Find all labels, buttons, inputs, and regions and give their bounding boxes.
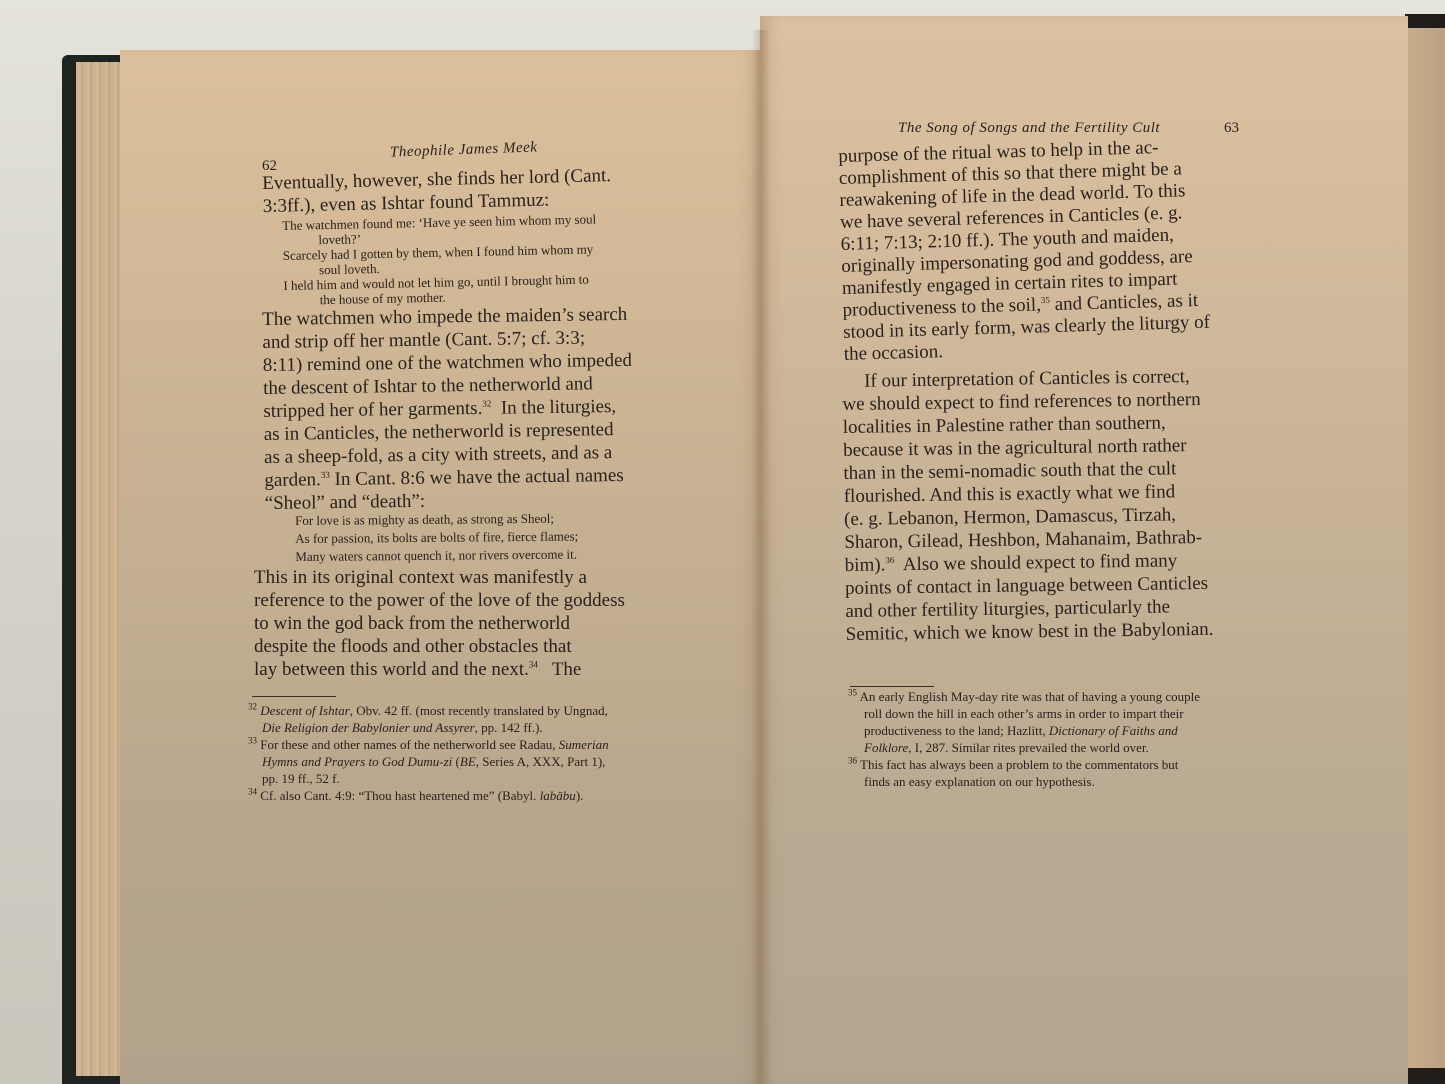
text-span: and Canticles, as it: [1050, 290, 1199, 315]
footnote-number: 34: [248, 787, 257, 797]
footnote-36-cont: finds an easy explanation on our hypothe…: [848, 773, 1200, 790]
left-quote-1: The watchmen found me: ‘Have ye seen him…: [282, 211, 598, 308]
text-span: ).: [576, 788, 584, 803]
footnote-36: 36 This fact has always been a problem t…: [848, 756, 1200, 773]
page-stack-right: [1408, 28, 1445, 1068]
text-span: , pp. 142 ff.).: [475, 720, 543, 735]
text-span: For these and other names of the netherw…: [260, 737, 555, 752]
text-span: Dictionary of Faiths and: [1049, 723, 1178, 738]
right-paragraph-2: If our interpretation of Canticles is co…: [842, 365, 1214, 646]
footnote-rule-right: [850, 686, 934, 687]
text-span: , Obv. 42 ff. (most recently translated …: [350, 703, 608, 718]
footnote-33-cont: Hymns and Prayers to God Dumu-zi (BE, Se…: [248, 753, 609, 770]
right-running-head: The Song of Songs and the Fertility Cult: [898, 120, 1160, 137]
footnote-35-cont: Folklore, I, 287. Similar rites prevaile…: [848, 739, 1200, 756]
footnote-ref-36: 36: [885, 555, 894, 565]
left-quote-2: For love is as mighty as death, as stron…: [295, 510, 579, 566]
footnote-ref-34: 34: [529, 660, 538, 670]
text-span: , I, 287. Similar rites prevailed the wo…: [908, 740, 1148, 755]
text-span: Descent of Ishtar: [260, 703, 350, 718]
text-span: bim).: [845, 554, 886, 576]
text-span: Also we should expect to find many: [899, 550, 1177, 575]
text-span: In Cant. 8:6 we have the actual names: [334, 465, 623, 490]
footnote-rule-left: [252, 696, 336, 697]
text-span: Folklore: [864, 740, 908, 755]
text-span: The: [552, 659, 582, 680]
footnote-35: 35 An early English May-day rite was tha…: [848, 688, 1200, 705]
footnote-32-cont: Die Religion der Babylonier und Assyrer,…: [248, 719, 609, 736]
text-span: This fact has always been a problem to t…: [860, 757, 1178, 772]
text-span: Die Religion der Babylonier und Assyrer: [262, 720, 475, 735]
left-paragraph-3: This in its original context was manifes…: [254, 566, 625, 681]
footnote-number: 35: [848, 688, 857, 698]
right-page-number: 63: [1224, 120, 1239, 137]
text-span: productiveness to the land; Hazlitt,: [864, 723, 1046, 738]
book-gutter: [752, 30, 770, 1084]
text-span: garden.: [264, 469, 321, 491]
text-span: In the liturgies,: [501, 396, 617, 419]
quote-line: Many waters cannot quench it, nor rivers…: [295, 546, 578, 566]
footnote-number: 33: [248, 736, 257, 746]
text-span: Cf. also Cant. 4:9: “Thou hast heartened…: [260, 788, 536, 803]
right-paragraph-1: purpose of the ritual was to help in the…: [838, 136, 1211, 366]
footnote-number: 32: [248, 702, 257, 712]
text-span: Sumerian: [559, 737, 609, 752]
footnote-number: 36: [848, 756, 857, 766]
footnote-35-cont: roll down the hill in each other’s arms …: [848, 705, 1200, 722]
left-paragraph-2: The watchmen who impede the maiden’s sea…: [262, 303, 634, 515]
text-span: (: [452, 754, 460, 769]
footnote-33-cont: pp. 19 ff., 52 f.: [248, 770, 609, 787]
text-span: BE: [460, 754, 476, 769]
left-footnotes: 32 Descent of Ishtar, Obv. 42 ff. (most …: [248, 702, 609, 804]
footnote-34: 34 Cf. also Cant. 4:9: “Thou hast hearte…: [248, 787, 609, 804]
text-line: reference to the power of the love of th…: [254, 589, 625, 612]
footnote-35-cont: productiveness to the land; Hazlitt, Dic…: [848, 722, 1200, 739]
left-paragraph-1: Eventually, however, she finds her lord …: [262, 164, 612, 218]
text-line: to win the god back from the netherworld: [254, 612, 625, 635]
text-span: Hymns and Prayers to God Dumu-zi: [262, 754, 452, 769]
footnote-ref-32: 32: [482, 398, 491, 408]
text-span: , Series A, XXX, Part 1),: [476, 754, 606, 769]
footnote-32: 32 Descent of Ishtar, Obv. 42 ff. (most …: [248, 702, 609, 719]
text-span: stripped her of her garments.: [263, 398, 482, 422]
footnote-33: 33 For these and other names of the neth…: [248, 736, 609, 753]
text-line: This in its original context was manifes…: [254, 566, 625, 589]
footnote-ref-33: 33: [321, 470, 330, 480]
text-line: despite the floods and other obstacles t…: [254, 635, 625, 658]
text-span: An early English May-day rite was that o…: [860, 689, 1200, 704]
text-line: lay between this world and the next.34 T…: [254, 658, 625, 681]
text-span: lay between this world and the next.: [254, 659, 529, 680]
text-span: labābu: [540, 788, 576, 803]
right-footnotes: 35 An early English May-day rite was tha…: [848, 688, 1200, 790]
